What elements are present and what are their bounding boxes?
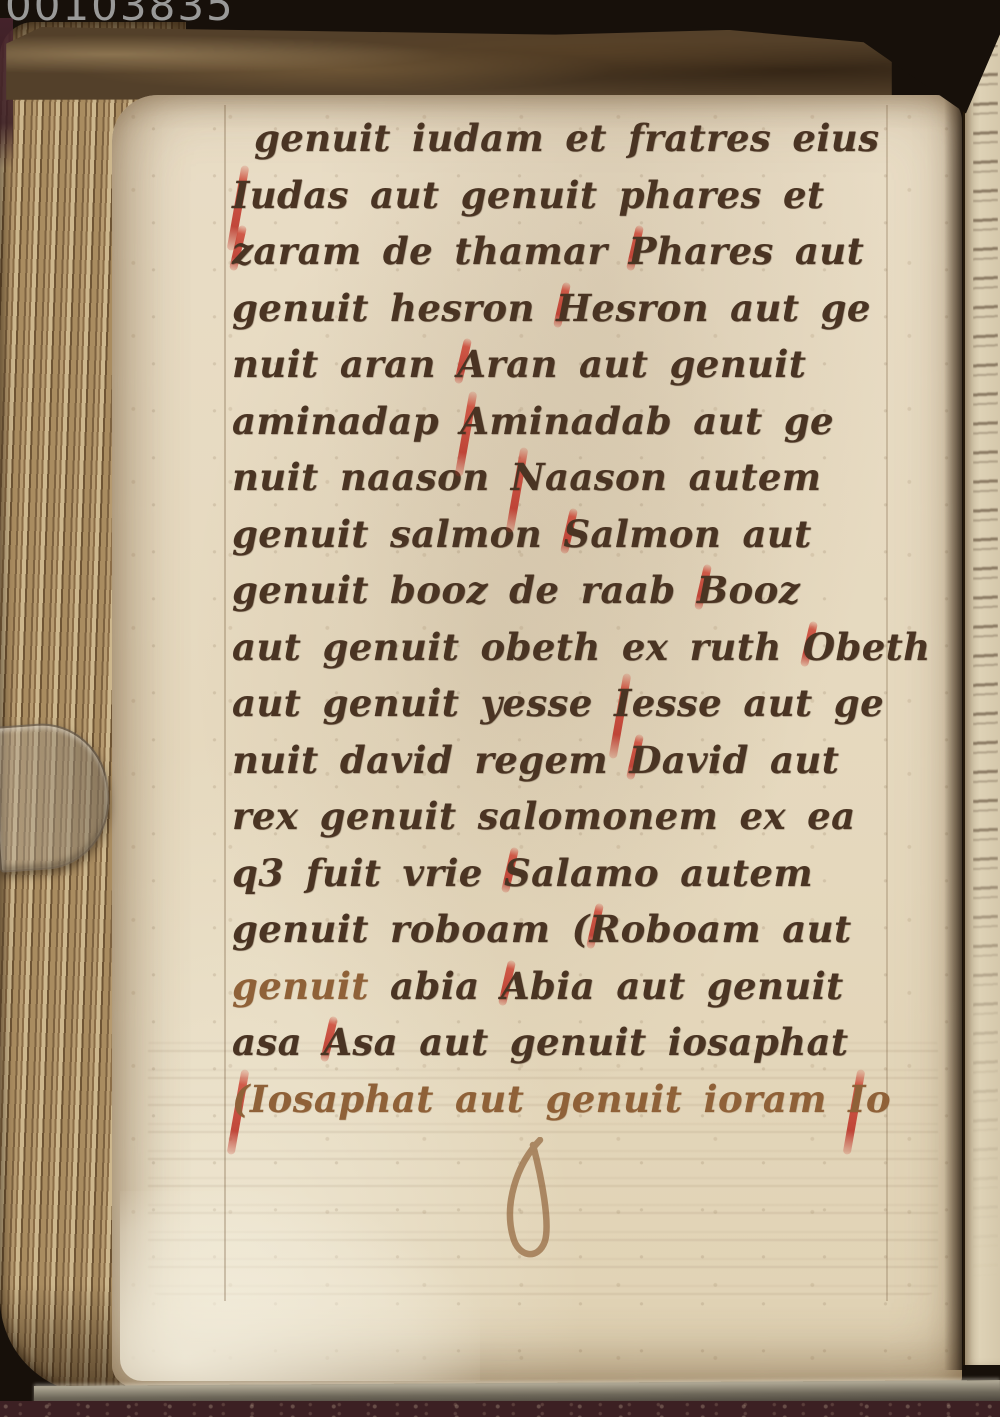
rubricated-word: zaram [232, 223, 362, 280]
manuscript-text-line: nuit naason Naason autem [232, 449, 946, 506]
rubricated-word: Hesron [556, 280, 709, 337]
text-segment: asa [232, 1020, 323, 1064]
rubricated-word: Salamo [504, 845, 659, 902]
rubricated-word: Obeth [803, 619, 931, 676]
rubricated-word: Naason [511, 449, 668, 506]
text-segment: aut [761, 907, 851, 951]
rubricated-word: Io [848, 1071, 891, 1128]
text-segment: rex genuit salomonem ex ea [232, 794, 855, 838]
manuscript-text-line: q3 fuit vrie Salamo autem [232, 845, 946, 902]
text-segment: aut genuit [595, 964, 844, 1008]
manuscript-text-line: Iudas aut genuit phares et [232, 167, 946, 224]
rubric-stroke [498, 959, 516, 1006]
text-segment: aut ge [672, 399, 834, 443]
text-segment: autem [659, 851, 813, 895]
text-segment: aut genuit yesse [232, 681, 614, 725]
rubricated-word: Aran [457, 336, 558, 393]
text-segment: nuit david regem [232, 738, 629, 782]
text-segment: autem [667, 455, 821, 499]
manuscript-text-line: genuit booz de raab Booz [232, 562, 946, 619]
rubric-stroke [694, 564, 712, 611]
rubricated-word: Phares [629, 223, 774, 280]
manuscript-text-line: rex genuit salomonem ex ea [232, 788, 946, 845]
manuscript-text-line: genuit roboam (Roboam aut [232, 901, 946, 958]
manuscript-text-line: genuit iudam et fratres eius [232, 110, 946, 167]
manuscript-text-line: genuit hesron Hesron aut ge [232, 280, 946, 337]
rubric-stroke [320, 1016, 338, 1063]
manuscript-text-line: nuit aran Aran aut genuit [232, 336, 946, 393]
manuscript-text-line: asa Asa aut genuit iosaphat [232, 1014, 946, 1071]
manuscript-text-line: (Iosaphat aut genuit ioram Io [232, 1071, 946, 1128]
manuscript-text-line: nuit david regem David aut [232, 732, 946, 789]
text-segment: q3 fuit vrie [232, 851, 504, 895]
cover-bottom-band [0, 1401, 1000, 1417]
text-segment: aut ge [709, 286, 871, 330]
rubricated-word: Aminadab [460, 393, 672, 450]
manuscript-text-line: aut genuit yesse Iesse aut ge [232, 675, 946, 732]
text-segment: nuit aran [232, 342, 457, 386]
facing-page-sliver [963, 33, 1000, 1365]
rubric-stroke [229, 225, 247, 272]
text-segment: aminadap [232, 399, 460, 443]
manuscript-text-line: genuit salmon Salmon aut [232, 506, 946, 563]
rubricated-word: (Iosaphat [232, 1071, 434, 1128]
rubricated-word: Booz [697, 562, 800, 619]
rubric-stroke [553, 281, 571, 328]
text-segment: genuit roboam ( [232, 907, 589, 951]
text-segment: aut genuit obeth ex ruth [232, 625, 803, 669]
rubricated-word: Iesse [614, 675, 722, 732]
page-corner-texture [120, 1191, 480, 1381]
rubric-stroke [560, 507, 578, 554]
rubricated-word: Iudas [232, 167, 349, 224]
rubricated-word: David [629, 732, 749, 789]
text-segment: aut genuit iosaphat [398, 1020, 848, 1064]
text-segment: genuit hesron [232, 286, 556, 330]
rubricated-word: Abia [501, 958, 595, 1015]
rubric-stroke [800, 620, 818, 667]
manuscript-photo: 00103835 genuit iudam et fratres eiusIud… [0, 0, 1000, 1417]
text-segment: aut genuit [558, 342, 807, 386]
manuscript-text-line: aminadap Aminadab aut ge [232, 393, 946, 450]
text-segment: aut genuit phares et [349, 173, 825, 217]
rubricated-word: Salmon [563, 506, 721, 563]
rubricated-word: Asa [323, 1014, 398, 1071]
text-segment: abia [390, 964, 501, 1008]
text-segment: aut genuit ioram [434, 1077, 848, 1121]
text-segment: nuit naason [232, 455, 511, 499]
text-segment: aut [749, 738, 839, 782]
manuscript-text-line: aut genuit obeth ex ruth Obeth [232, 619, 946, 676]
rubric-stroke [501, 846, 519, 893]
manuscript-text-line: genuit abia Abia aut genuit [232, 958, 946, 1015]
text-segment: aut [774, 229, 864, 273]
rubricated-word: Roboam [589, 901, 761, 958]
text-segment: aut ge [722, 681, 884, 725]
rubric-stroke [586, 903, 604, 950]
manuscript-text-line: zaram de thamar Phares aut [232, 223, 946, 280]
text-segment: de thamar [362, 229, 629, 273]
text-block: genuit iudam et fratres eiusIudas aut ge… [232, 110, 946, 1127]
book-top-edge [6, 24, 892, 100]
rubric-stroke [626, 225, 644, 272]
facing-page-text-blur [973, 45, 998, 1285]
manuscript-page: genuit iudam et fratres eiusIudas aut ge… [112, 95, 962, 1387]
descender-flourish-icon [500, 1137, 562, 1273]
rubric-stroke [626, 733, 644, 780]
watermark: 00103835 [5, 0, 235, 30]
rubric-stroke [454, 338, 472, 385]
text-segment: genuit [232, 964, 390, 1008]
text-segment: aut [721, 512, 811, 556]
text-segment: genuit iudam et fratres eius [254, 116, 879, 160]
ruling-line-left [224, 105, 226, 1301]
text-segment: genuit booz de raab [232, 568, 697, 612]
